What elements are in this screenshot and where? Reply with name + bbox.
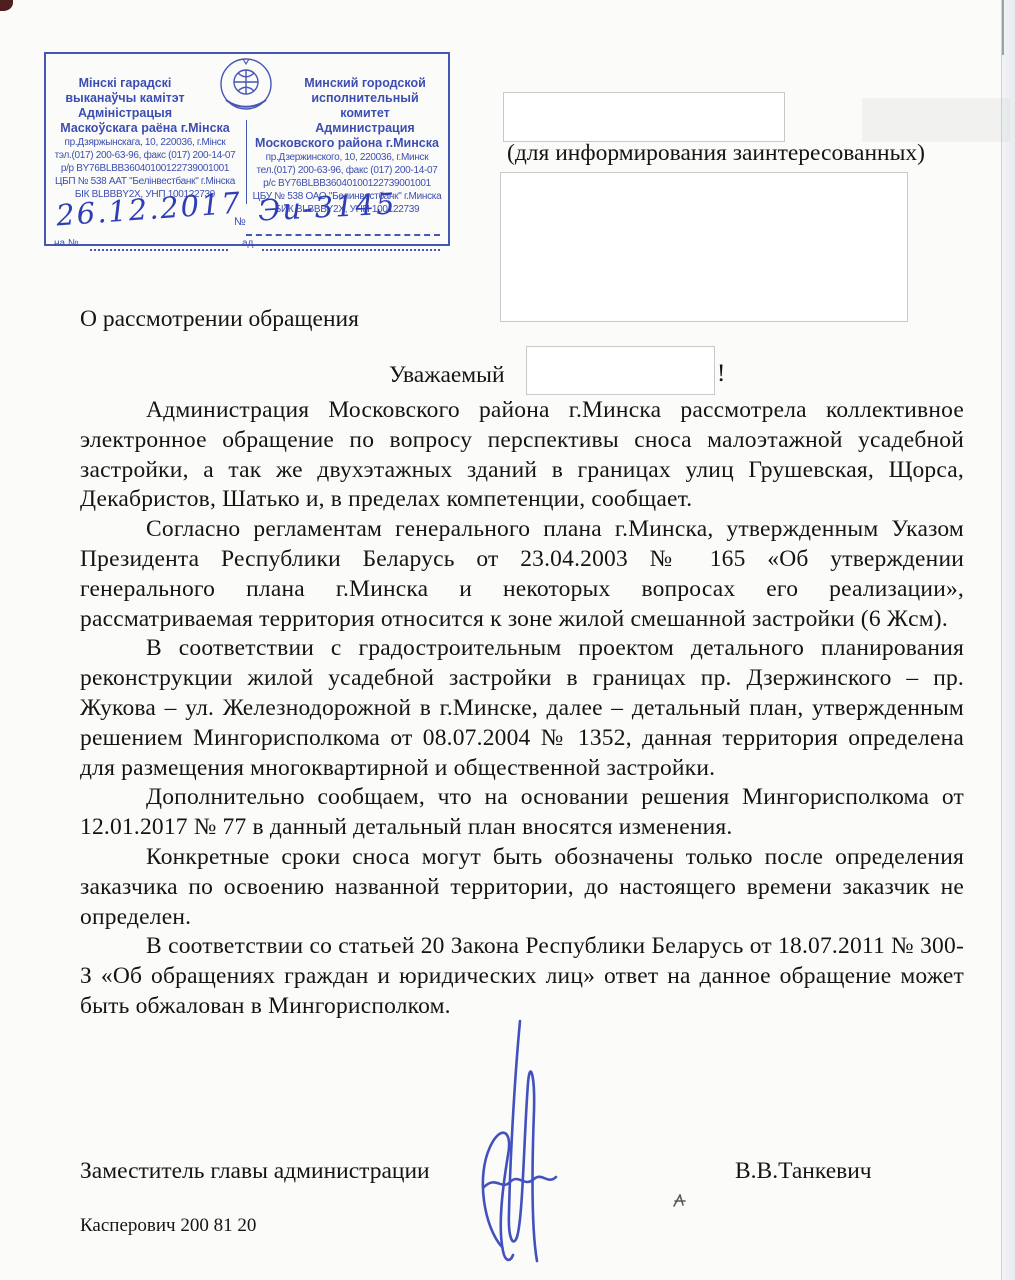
stamp-left-detail-line: р/р BY76BLBB36040100122739001001 <box>49 162 241 175</box>
salutation-prefix: Уважаемый <box>389 362 505 389</box>
stamp-left-header-line: Маскоўскага раёна г.Мінска <box>49 121 241 136</box>
salutation-exclamation: ! <box>717 360 725 388</box>
stamp-right-detail-line: тел.(017) 200-63-96, факс (017) 200-14-0… <box>251 164 443 177</box>
redaction-box-addressee-name <box>526 346 715 395</box>
stamp-reply-to-label: на № <box>54 238 79 249</box>
stamp-right-header-line: исполнительный комитет <box>251 91 443 121</box>
stamp-left-header-line: Адміністрацыя <box>49 106 241 121</box>
stamp-number-line <box>246 234 440 236</box>
body-paragraph: В соответствии со статьей 20 Закона Респ… <box>80 932 964 1021</box>
stamp-right-header-line: Московского района г.Минска <box>251 136 443 151</box>
subject-line: О рассмотрении обращения <box>80 306 359 333</box>
redaction-box-recipient-name <box>503 92 785 142</box>
stamp-from-label: ад <box>242 238 253 249</box>
stamp-reply-line <box>90 249 228 251</box>
scan-ghost-artifact <box>862 98 1010 142</box>
scan-corner-artifact <box>0 0 13 11</box>
stamp-right-detail-line: пр.Дзержинского, 10, 220036, г.Минск <box>251 151 443 164</box>
body-paragraph: В соответствии с градостроительным проек… <box>80 634 964 783</box>
handwritten-signature <box>440 1015 590 1265</box>
stamp-left-detail-line: ЦБП № 538 ААТ "Белінвестбанк" г.Мінска <box>49 175 241 188</box>
letter-body: Администрация Московского района г.Минск… <box>80 396 964 1022</box>
stamp-left-header-line: Мінскі гарадскі <box>49 76 241 91</box>
scan-edge-line <box>1001 0 1002 1280</box>
redaction-box-recipient-address <box>500 172 908 322</box>
body-paragraph: Администрация Московского района г.Минск… <box>80 396 964 515</box>
stamp-column-divider <box>246 120 247 204</box>
stamp-from-line <box>262 249 440 251</box>
signer-position-title: Заместитель главы администрации <box>80 1158 430 1185</box>
scan-top-right-artifact <box>1002 0 1004 55</box>
scanned-letter-page: Мінскі гарадскі выканаўчы камітэт Адміні… <box>0 0 1015 1280</box>
stamp-right-header-line: Минский городской <box>251 76 443 91</box>
stamp-number-label: № <box>234 216 246 228</box>
recipient-note: (для информирования заинтересованных) <box>507 140 925 167</box>
body-paragraph: Конкретные сроки сноса могут быть обозна… <box>80 843 964 932</box>
body-paragraph: Дополнительно сообщаем, что на основании… <box>80 783 964 843</box>
body-paragraph: Согласно регламентам генерального плана … <box>80 515 964 634</box>
stamp-left-column: Мінскі гарадскі выканаўчы камітэт Адміні… <box>49 76 241 201</box>
handwritten-outgoing-number: Эи-3145 <box>257 186 397 227</box>
scan-right-edge <box>1002 0 1015 1280</box>
stamp-left-header-line: выканаўчы камітэт <box>49 91 241 106</box>
ink-speck-artifact <box>670 1190 690 1212</box>
signer-name: В.В.Танкевич <box>735 1158 872 1185</box>
stamp-right-header-line: Администрация <box>251 121 443 136</box>
executor-contact: Касперович 200 81 20 <box>80 1215 256 1237</box>
letterhead-stamp: Мінскі гарадскі выканаўчы камітэт Адміні… <box>44 52 450 246</box>
stamp-left-detail-line: пр.Дзяржынскага, 10, 220036, г.Мінск <box>49 136 241 149</box>
stamp-left-detail-line: тэл.(017) 200-63-96, факс (017) 200-14-0… <box>49 149 241 162</box>
